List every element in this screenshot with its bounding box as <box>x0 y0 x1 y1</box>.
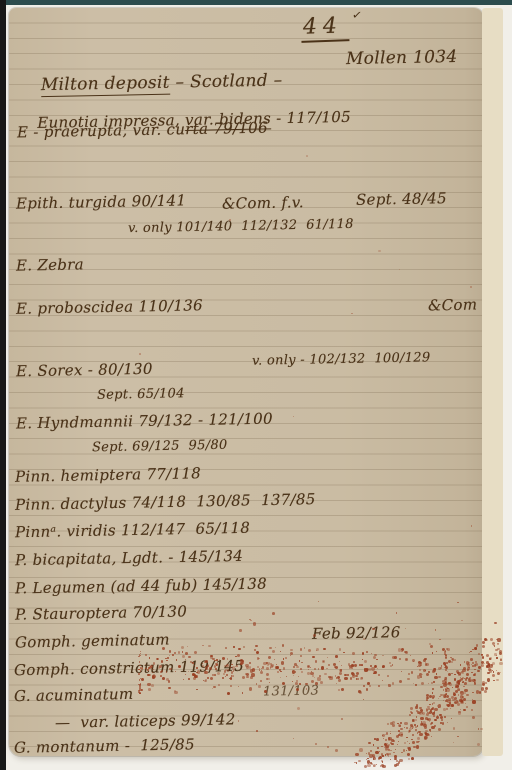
entry-sorex: E. Sorex - 80/130 <box>16 360 153 381</box>
deposit-location: – Scotland – <box>170 70 289 92</box>
entry-montanum: G. montanum - 125/85 <box>14 735 195 756</box>
scan-top-edge <box>0 0 512 5</box>
entry-hyndmannii-sub: Sept. 69/125 95/80 <box>92 438 228 456</box>
entry-epith-turgida: Epith. turgida 90/141 <box>16 191 187 212</box>
header-source: Mollen 1034 <box>346 47 458 69</box>
page-stack-edge <box>482 8 503 756</box>
entry-geminatum: Gomph. geminatum <box>15 631 170 652</box>
scan-left-edge <box>0 0 6 770</box>
scanned-notebook-page: 44 ✓ Milton deposit – Scotland – Mollen … <box>0 0 512 770</box>
measurement: - 117/105 <box>271 108 351 128</box>
entry-proboscidea: E. proboscidea 110/136 <box>16 296 203 318</box>
entry-sorex-sub: Sept. 65/104 <box>97 386 185 403</box>
entry-zebra: E. Zebra <box>16 255 84 274</box>
entry-acuminatum-values: 131/103 <box>263 683 319 699</box>
entry-acuminatum: G. acuminatum <box>14 685 134 705</box>
entry-stauroptera: P. Stauroptera 70/130 <box>15 602 187 623</box>
entry-geminatum-date: Feb 92/126 <box>312 623 401 643</box>
entry-epith-turgida-note: &Com. f.v. <box>222 193 304 213</box>
entry-hemiptera: Pinn. hemiptera 77/118 <box>15 464 201 486</box>
entry-proboscidea-note: &Com <box>428 296 478 315</box>
checkmark-tick: ✓ <box>351 7 363 22</box>
page-number: 44 <box>301 13 350 43</box>
entry-epith-turgida-date: Sept. 48/45 <box>356 189 447 209</box>
entry-laticeps: — var. laticeps 99/142 <box>55 710 236 731</box>
